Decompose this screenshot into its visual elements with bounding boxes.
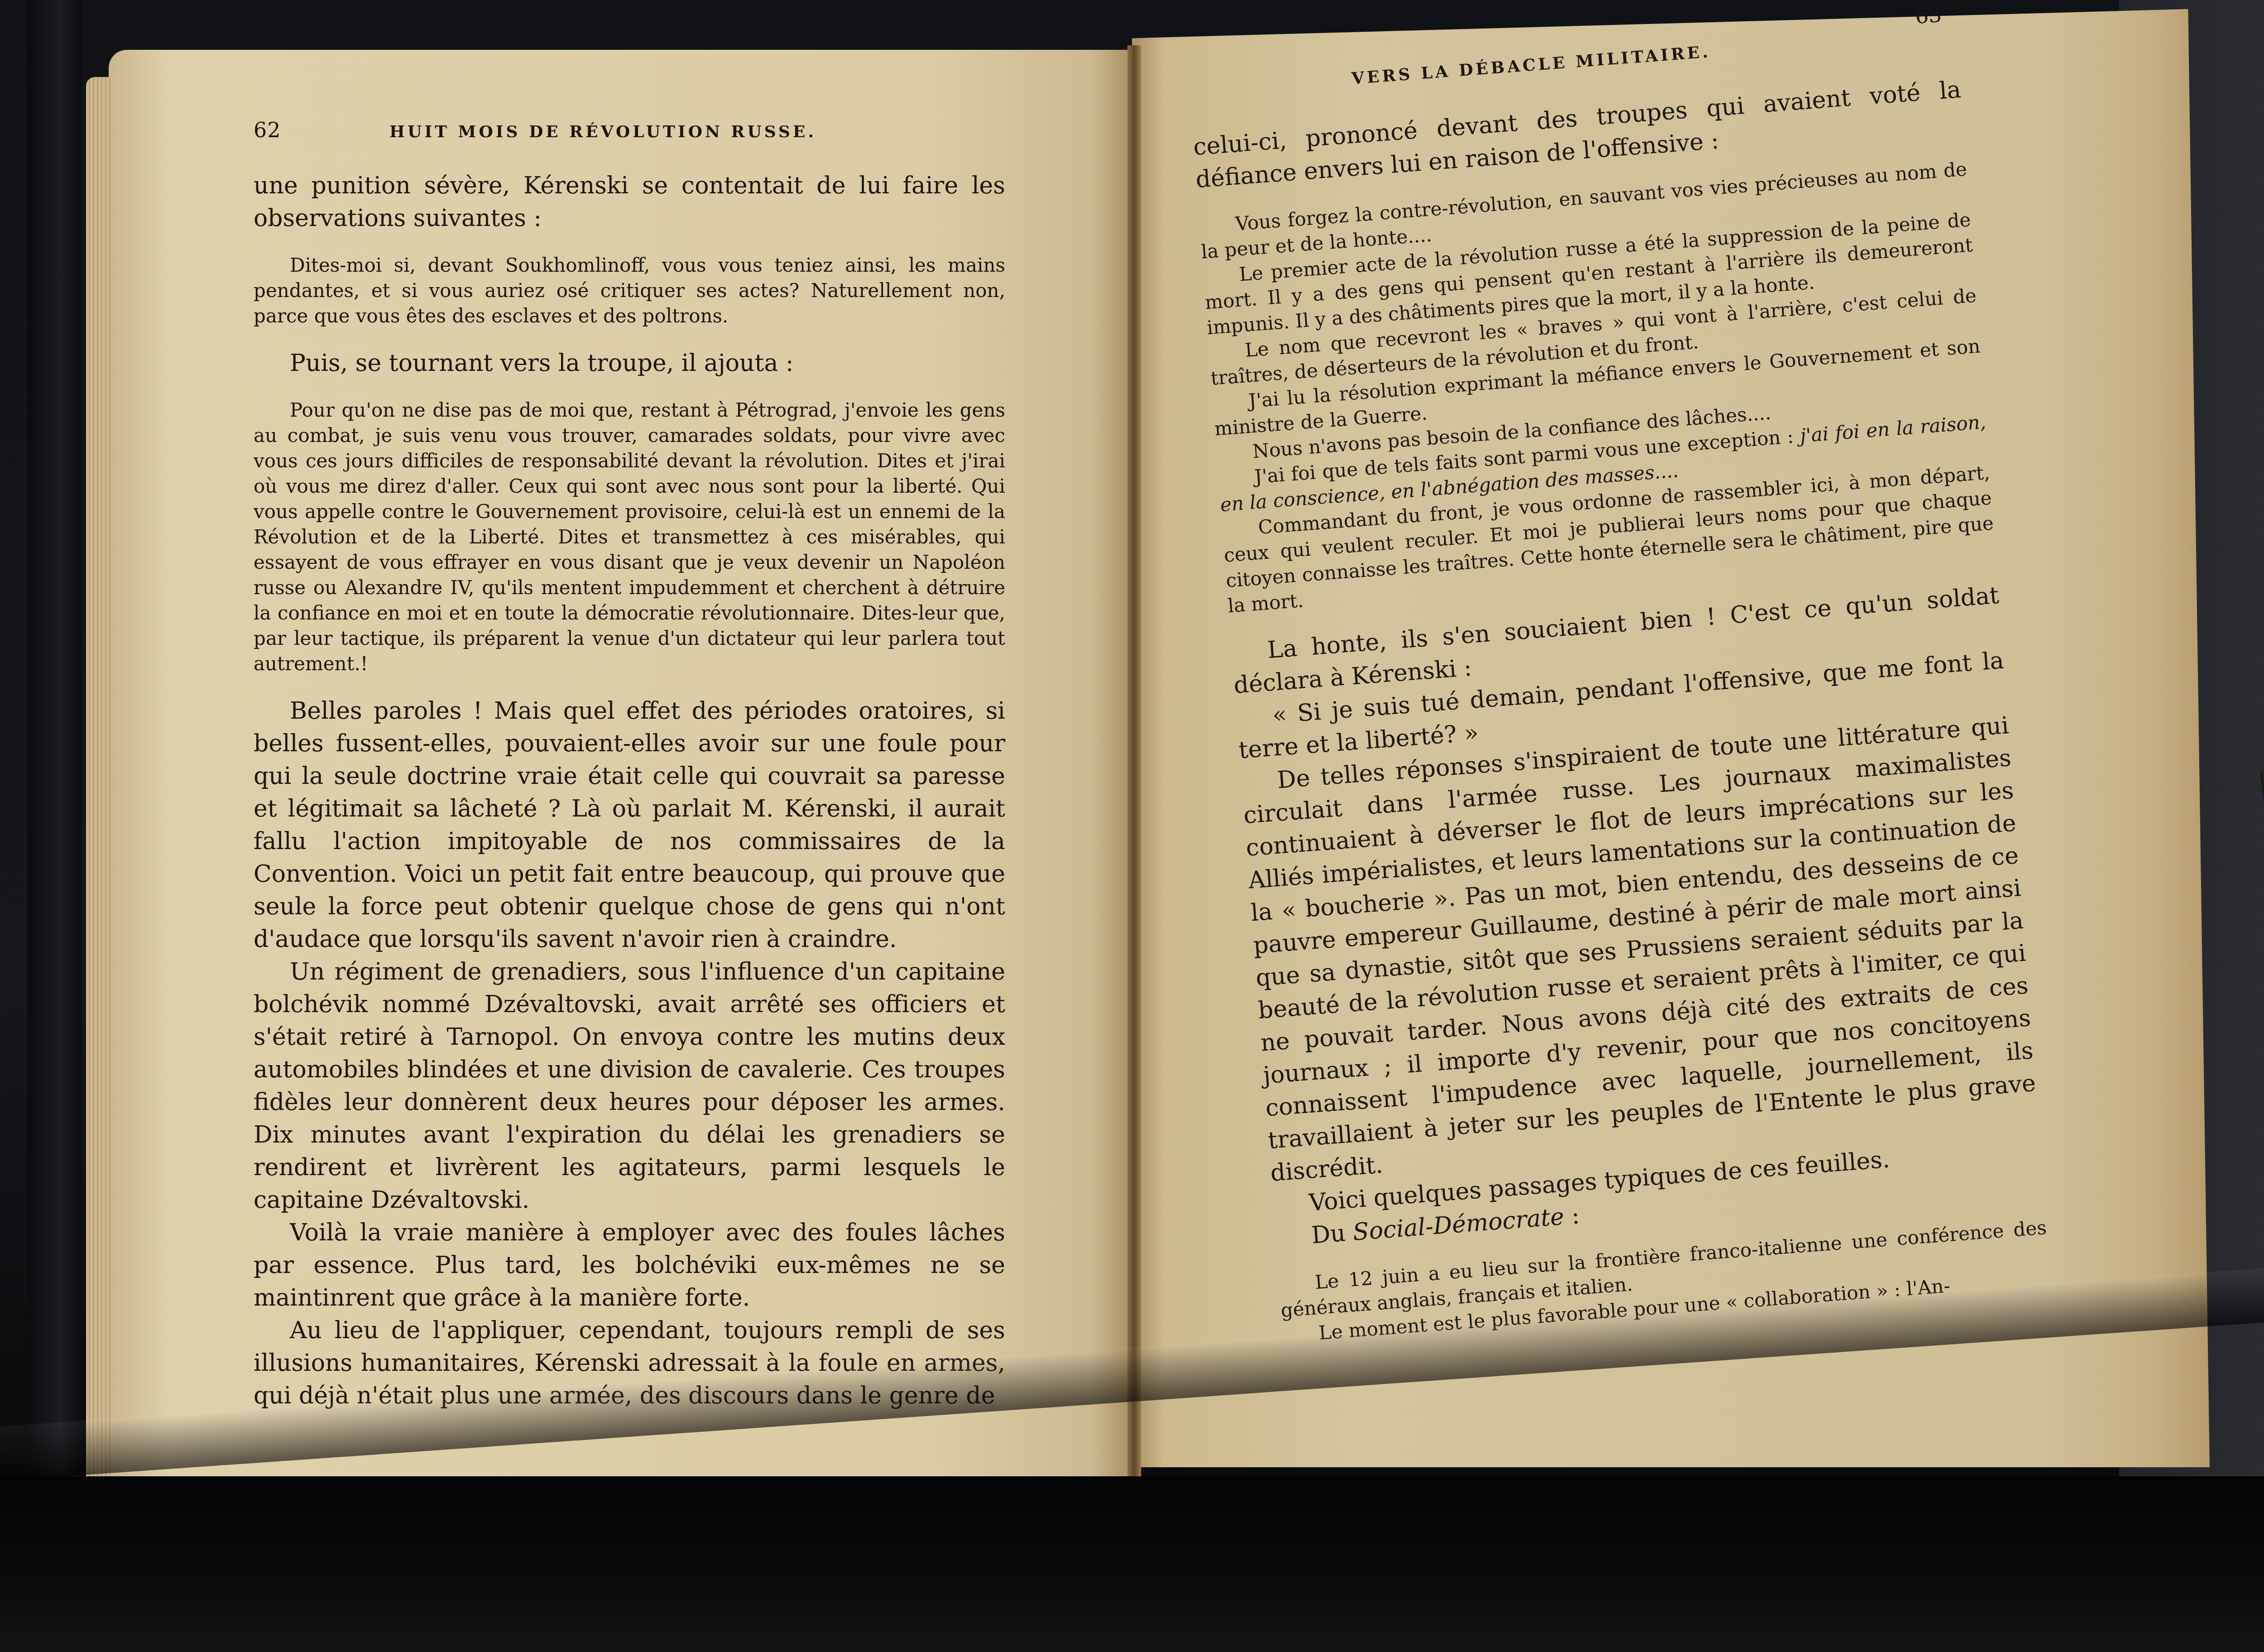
left-page-text: 62 HUIT MOIS DE RÉVOLUTION RUSSE. une pu… bbox=[254, 118, 1005, 1412]
block-quote: Pour qu'on ne dise pas de moi que, resta… bbox=[254, 398, 1005, 677]
block-quote: Dites-moi si, devant Soukhomlinoff, vous… bbox=[254, 253, 1005, 329]
display-case-scene: 62 HUIT MOIS DE RÉVOLUTION RUSSE. une pu… bbox=[0, 0, 2264, 1652]
paragraph: Puis, se tournant vers la troupe, il ajo… bbox=[254, 347, 1005, 379]
paragraph-text: : bbox=[1563, 1202, 1580, 1230]
paragraph: De telles réponses s'inspiraient de tout… bbox=[1240, 709, 2039, 1190]
paragraph-text: Du bbox=[1310, 1219, 1354, 1249]
case-frame-left bbox=[27, 0, 82, 1494]
running-head-title: HUIT MOIS DE RÉVOLUTION RUSSE. bbox=[389, 122, 816, 141]
page-edges bbox=[86, 77, 113, 1503]
paragraph: une punition sévère, Kérenski se content… bbox=[254, 169, 1005, 235]
left-running-head: 62 HUIT MOIS DE RÉVOLUTION RUSSE. bbox=[254, 118, 1005, 142]
paragraph: Belles paroles ! Mais quel effet des pér… bbox=[254, 695, 1005, 956]
page-number: 63 bbox=[1914, 2, 1943, 29]
right-page-text: VERS LA DÉBACLE MILITAIRE. 63 celui-ci, … bbox=[1186, 0, 2051, 1349]
book-gutter bbox=[1127, 45, 1141, 1503]
page-number: 62 bbox=[254, 118, 389, 142]
paragraph: Un régiment de grenadiers, sous l'influe… bbox=[254, 956, 1005, 1216]
case-bottom-rail bbox=[0, 1476, 2264, 1652]
paragraph: Voilà la vraie manière à employer avec d… bbox=[254, 1216, 1005, 1314]
